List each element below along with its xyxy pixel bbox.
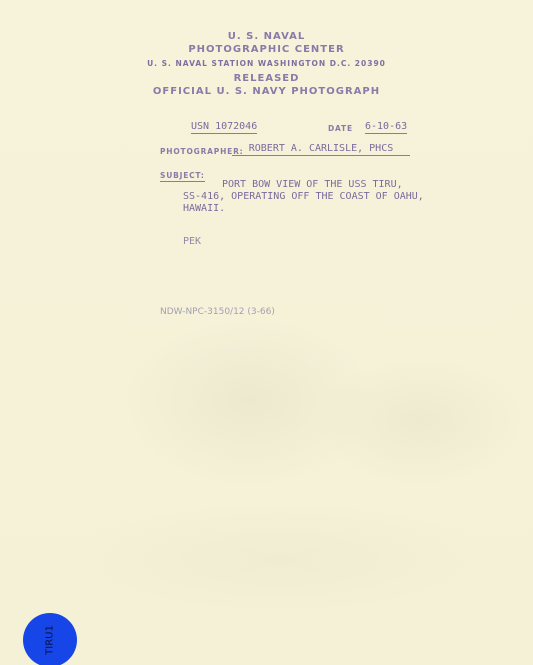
subject-line: HAWAII.	[183, 203, 225, 214]
form-number: NDW-NPC-3150/12 (3-66)	[160, 307, 275, 317]
date-value: 6-10-63	[365, 121, 407, 134]
stamp-line-official-photo: OFFICIAL U. S. NAVY PHOTOGRAPH	[0, 86, 533, 97]
subject-label: SUBJECT:	[160, 171, 205, 182]
typist-initials: PEK	[183, 236, 201, 247]
photographer-value: ROBERT A. CARLISLE, PHCS	[232, 143, 410, 156]
stamp-line-naval: U. S. NAVAL	[0, 31, 533, 42]
stamp-line-released: RELEASED	[0, 73, 533, 84]
document-paper	[0, 0, 533, 665]
catalog-sticker: TIRU1	[23, 613, 77, 665]
subject-line: SS-416, OPERATING OFF THE COAST OF OAHU,	[183, 191, 424, 202]
sticker-label: TIRU1	[45, 625, 56, 655]
stamp-line-photographic-center: PHOTOGRAPHIC CENTER	[0, 44, 533, 55]
photographer-label: PHOTOGRAPHER:	[160, 147, 243, 156]
stamp-line-station-address: U. S. NAVAL STATION WASHINGTON D.C. 2039…	[0, 59, 533, 68]
usn-number: USN 1072046	[191, 121, 257, 134]
subject-line: PORT BOW VIEW OF THE USS TIRU,	[222, 179, 403, 190]
date-label: DATE	[328, 124, 353, 133]
